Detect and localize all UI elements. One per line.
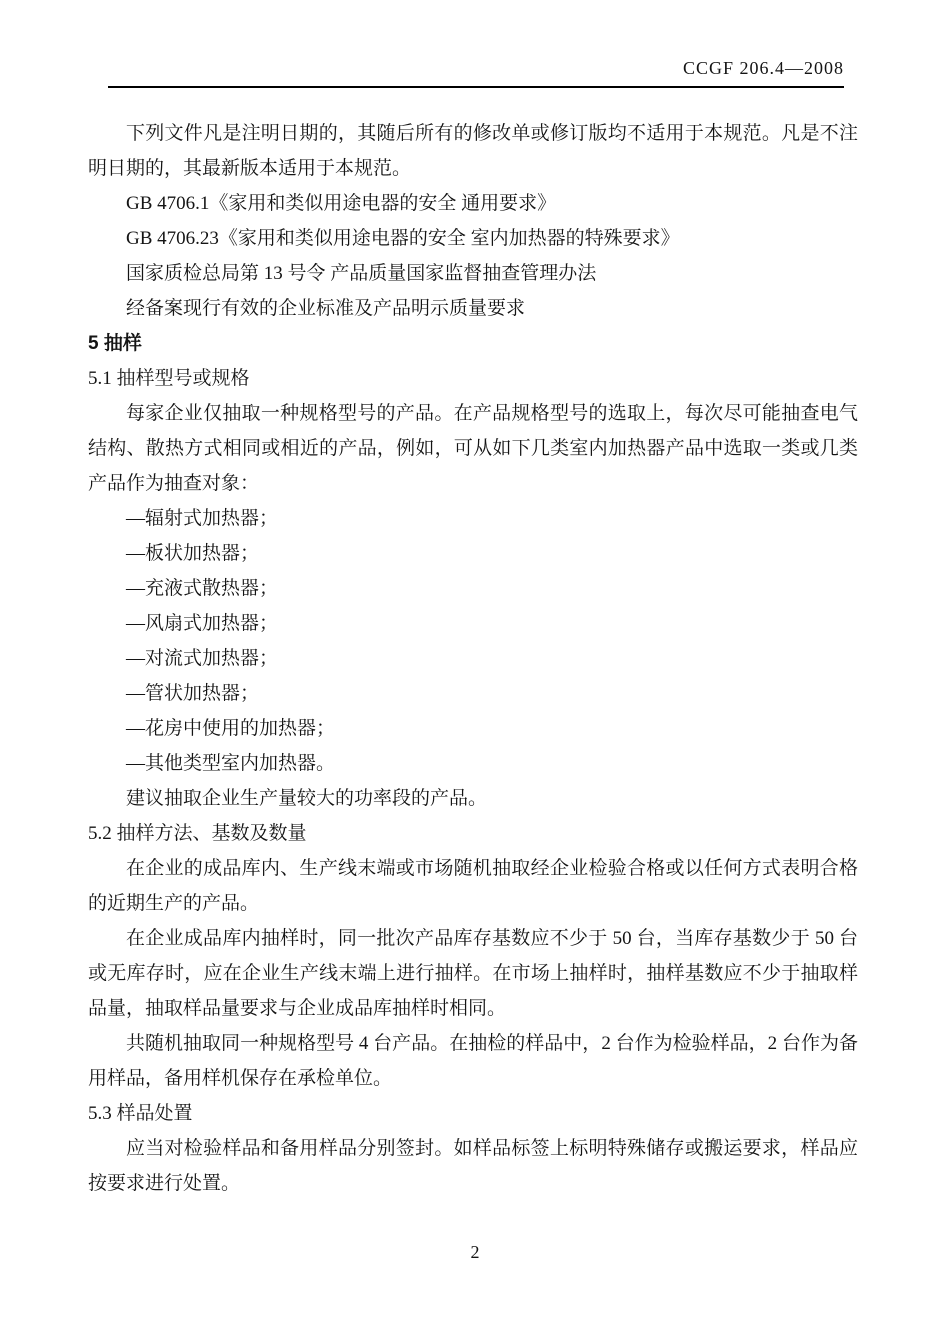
document-page: CCGF 206.4—2008 下列文件凡是注明日期的，其随后所有的修改单或修订… <box>0 0 950 1344</box>
reference-line: GB 4706.1《家用和类似用途电器的安全 通用要求》 <box>88 186 858 221</box>
list-item: —风扇式加热器； <box>88 606 858 641</box>
paragraph: 下列文件凡是注明日期的，其随后所有的修改单或修订版均不适用于本规范。凡是不注明日… <box>88 116 858 186</box>
list-item: —板状加热器； <box>88 536 858 571</box>
header-rule <box>108 86 844 88</box>
list-item: —对流式加热器； <box>88 641 858 676</box>
subsection-heading: 5.3 样品处置 <box>88 1096 858 1131</box>
paragraph: 应当对检验样品和备用样品分别签封。如样品标签上标明特殊储存或搬运要求，样品应按要… <box>88 1131 858 1201</box>
paragraph: 每家企业仅抽取一种规格型号的产品。在产品规格型号的选取上，每次尽可能抽查电气结构… <box>88 396 858 501</box>
list-item: —其他类型室内加热器。 <box>88 746 858 781</box>
section-heading: 5 抽样 <box>88 326 858 361</box>
reference-line: 建议抽取企业生产量较大的功率段的产品。 <box>88 781 858 816</box>
subsection-heading: 5.1 抽样型号或规格 <box>88 361 858 396</box>
reference-line: 国家质检总局第 13 号令 产品质量国家监督抽查管理办法 <box>88 256 858 291</box>
reference-line: 经备案现行有效的企业标准及产品明示质量要求 <box>88 291 858 326</box>
list-item: —辐射式加热器； <box>88 501 858 536</box>
subsection-heading: 5.2 抽样方法、基数及数量 <box>88 816 858 851</box>
list-item: —充液式散热器； <box>88 571 858 606</box>
paragraph: 共随机抽取同一种规格型号 4 台产品。在抽检的样品中，2 台作为检验样品，2 台… <box>88 1026 858 1096</box>
list-item: —花房中使用的加热器； <box>88 711 858 746</box>
document-body: 下列文件凡是注明日期的，其随后所有的修改单或修订版均不适用于本规范。凡是不注明日… <box>88 116 858 1201</box>
reference-line: GB 4706.23《家用和类似用途电器的安全 室内加热器的特殊要求》 <box>88 221 858 256</box>
doc-number: CCGF 206.4—2008 <box>108 56 844 80</box>
list-item: —管状加热器； <box>88 676 858 711</box>
paragraph: 在企业成品库内抽样时，同一批次产品库存基数应不少于 50 台，当库存基数少于 5… <box>88 921 858 1026</box>
page-number: 2 <box>0 1240 950 1264</box>
paragraph: 在企业的成品库内、生产线末端或市场随机抽取经企业检验合格或以任何方式表明合格的近… <box>88 851 858 921</box>
